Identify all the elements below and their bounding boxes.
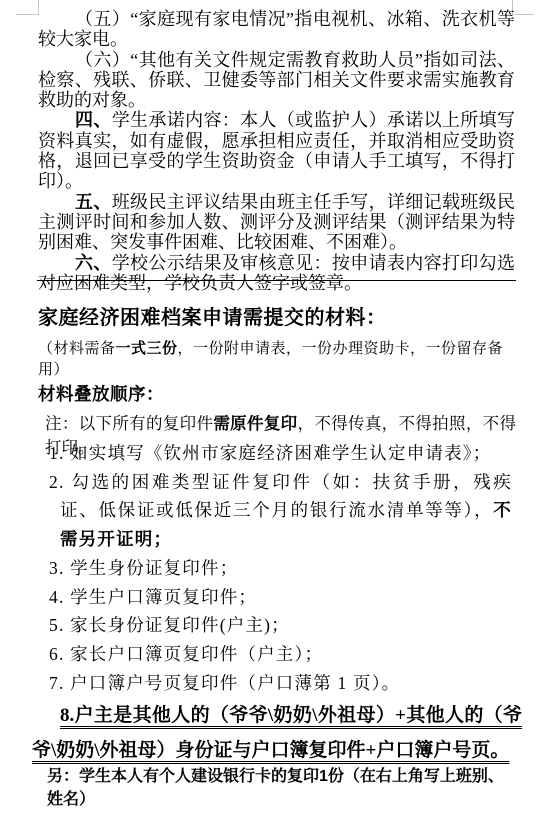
margin-crop-mark-top-right-horizontal — [512, 14, 534, 15]
subtitle-bold: 一式三份 — [116, 341, 178, 357]
list-item-8-underlined: 8.户主是其他人的（爷爷\奶奶\外祖母）+其他人的（爷爷\奶奶\外祖母）身份证与… — [32, 698, 522, 768]
stacking-order-title: 材料叠放顺序： — [38, 381, 518, 406]
paragraph-item-five: 五、班级民主评议结果由班主任手写，详细记载班级民主测评时间和参加人数、测评分及测… — [38, 192, 515, 253]
item-text: 如实填写《钦州市家庭经济困难学生认定申请表》； — [70, 443, 491, 463]
item-text: 户口簿户号页复印件（户口薄第 1 页）。 — [70, 673, 400, 693]
subtitle-prefix: （材料需备 — [38, 341, 116, 357]
paragraph-text: （五）“家庭现有家电情况”指电视机、冰箱、洗衣机等较大家电。 — [38, 9, 515, 49]
list-item-4: 4. 学生户口簿页复印件； — [49, 583, 512, 612]
document-page: （五）“家庭现有家电情况”指电视机、冰箱、洗衣机等较大家电。 （六）“其他有关文… — [0, 0, 553, 813]
item-number: 4. — [49, 587, 65, 607]
notes-section: （五）“家庭现有家电情况”指电视机、冰箱、洗衣机等较大家电。 （六）“其他有关文… — [38, 9, 515, 293]
materials-list: 1. 如实填写《钦州市家庭经济困难学生认定申请表》； 2. 勾选的困难类型证件复… — [49, 439, 512, 697]
item-text: 学生户口簿页复印件； — [70, 587, 257, 607]
materials-section-title: 家庭经济困难档案申请需提交的材料： — [38, 301, 518, 330]
note-bold: 需原件复印 — [213, 415, 297, 433]
paragraph-text: （六）“其他有关文件规定需教育救助人员”指如司法、检察、残联、侨联、卫健委等部门… — [38, 50, 515, 111]
item-text: 学生身份证复印件； — [70, 558, 238, 578]
paragraph-lead: 五、 — [75, 192, 112, 212]
item-number: 7. — [49, 673, 65, 693]
paragraph-item-5: （五）“家庭现有家电情况”指电视机、冰箱、洗衣机等较大家电。 — [38, 9, 515, 50]
paragraph-item-four: 四、学生承诺内容：本人（或监护人）承诺以上所填写资料真实，如有虚假，愿承担相应责… — [38, 110, 515, 191]
list-item-2: 2. 勾选的困难类型证件复印件（如：扶贫手册，残疾证、低保证或低保近三个月的银行… — [49, 468, 512, 554]
bank-card-footnote: 另：学生本人有个人建设银行卡的复印1份（在右上角写上班别、姓名） — [47, 763, 517, 809]
margin-crop-mark-top-left-horizontal — [16, 14, 39, 15]
item-number: 6. — [49, 644, 65, 664]
paragraph-item-six: 六、学校公示结果及审核意见：按申请表内容打印勾选对应困难类型，学校负责人签字或签… — [38, 253, 515, 294]
item-number: 2. — [49, 472, 65, 492]
list-item-5: 5. 家长身份证复印件(户主)； — [49, 611, 512, 640]
item-number: 1. — [49, 443, 65, 463]
paragraph-lead: 四、 — [75, 110, 112, 130]
item-text: 勾选的困难类型证件复印件（如：扶贫手册，残疾证、低保证或低保近三个月的银行流水清… — [60, 472, 512, 521]
materials-subtitle: （材料需备一式三份，一份附申请表，一份办理资助卡，一份留存备用） — [38, 337, 516, 379]
list-item-6: 6. 家长户口簿页复印件（户主）； — [49, 640, 512, 669]
list-item-7: 7. 户口簿户号页复印件（户口薄第 1 页）。 — [49, 669, 512, 698]
paragraph-lead: 六、 — [75, 253, 112, 273]
note-prefix: 注：以下所有的复印件 — [45, 415, 213, 433]
list-item-3: 3. 学生身份证复印件； — [49, 554, 512, 583]
item-text: 家长户口簿页复印件（户主）； — [70, 644, 323, 664]
paragraph-item-6: （六）“其他有关文件规定需教育救助人员”指如司法、检察、残联、侨联、卫健委等部门… — [38, 50, 515, 111]
section-divider-rule — [37, 280, 516, 281]
list-item-1: 1. 如实填写《钦州市家庭经济困难学生认定申请表》； — [49, 439, 512, 468]
item-number: 3. — [49, 558, 65, 578]
item-text: 家长身份证复印件(户主)； — [70, 615, 290, 635]
item-number: 5. — [49, 615, 65, 635]
